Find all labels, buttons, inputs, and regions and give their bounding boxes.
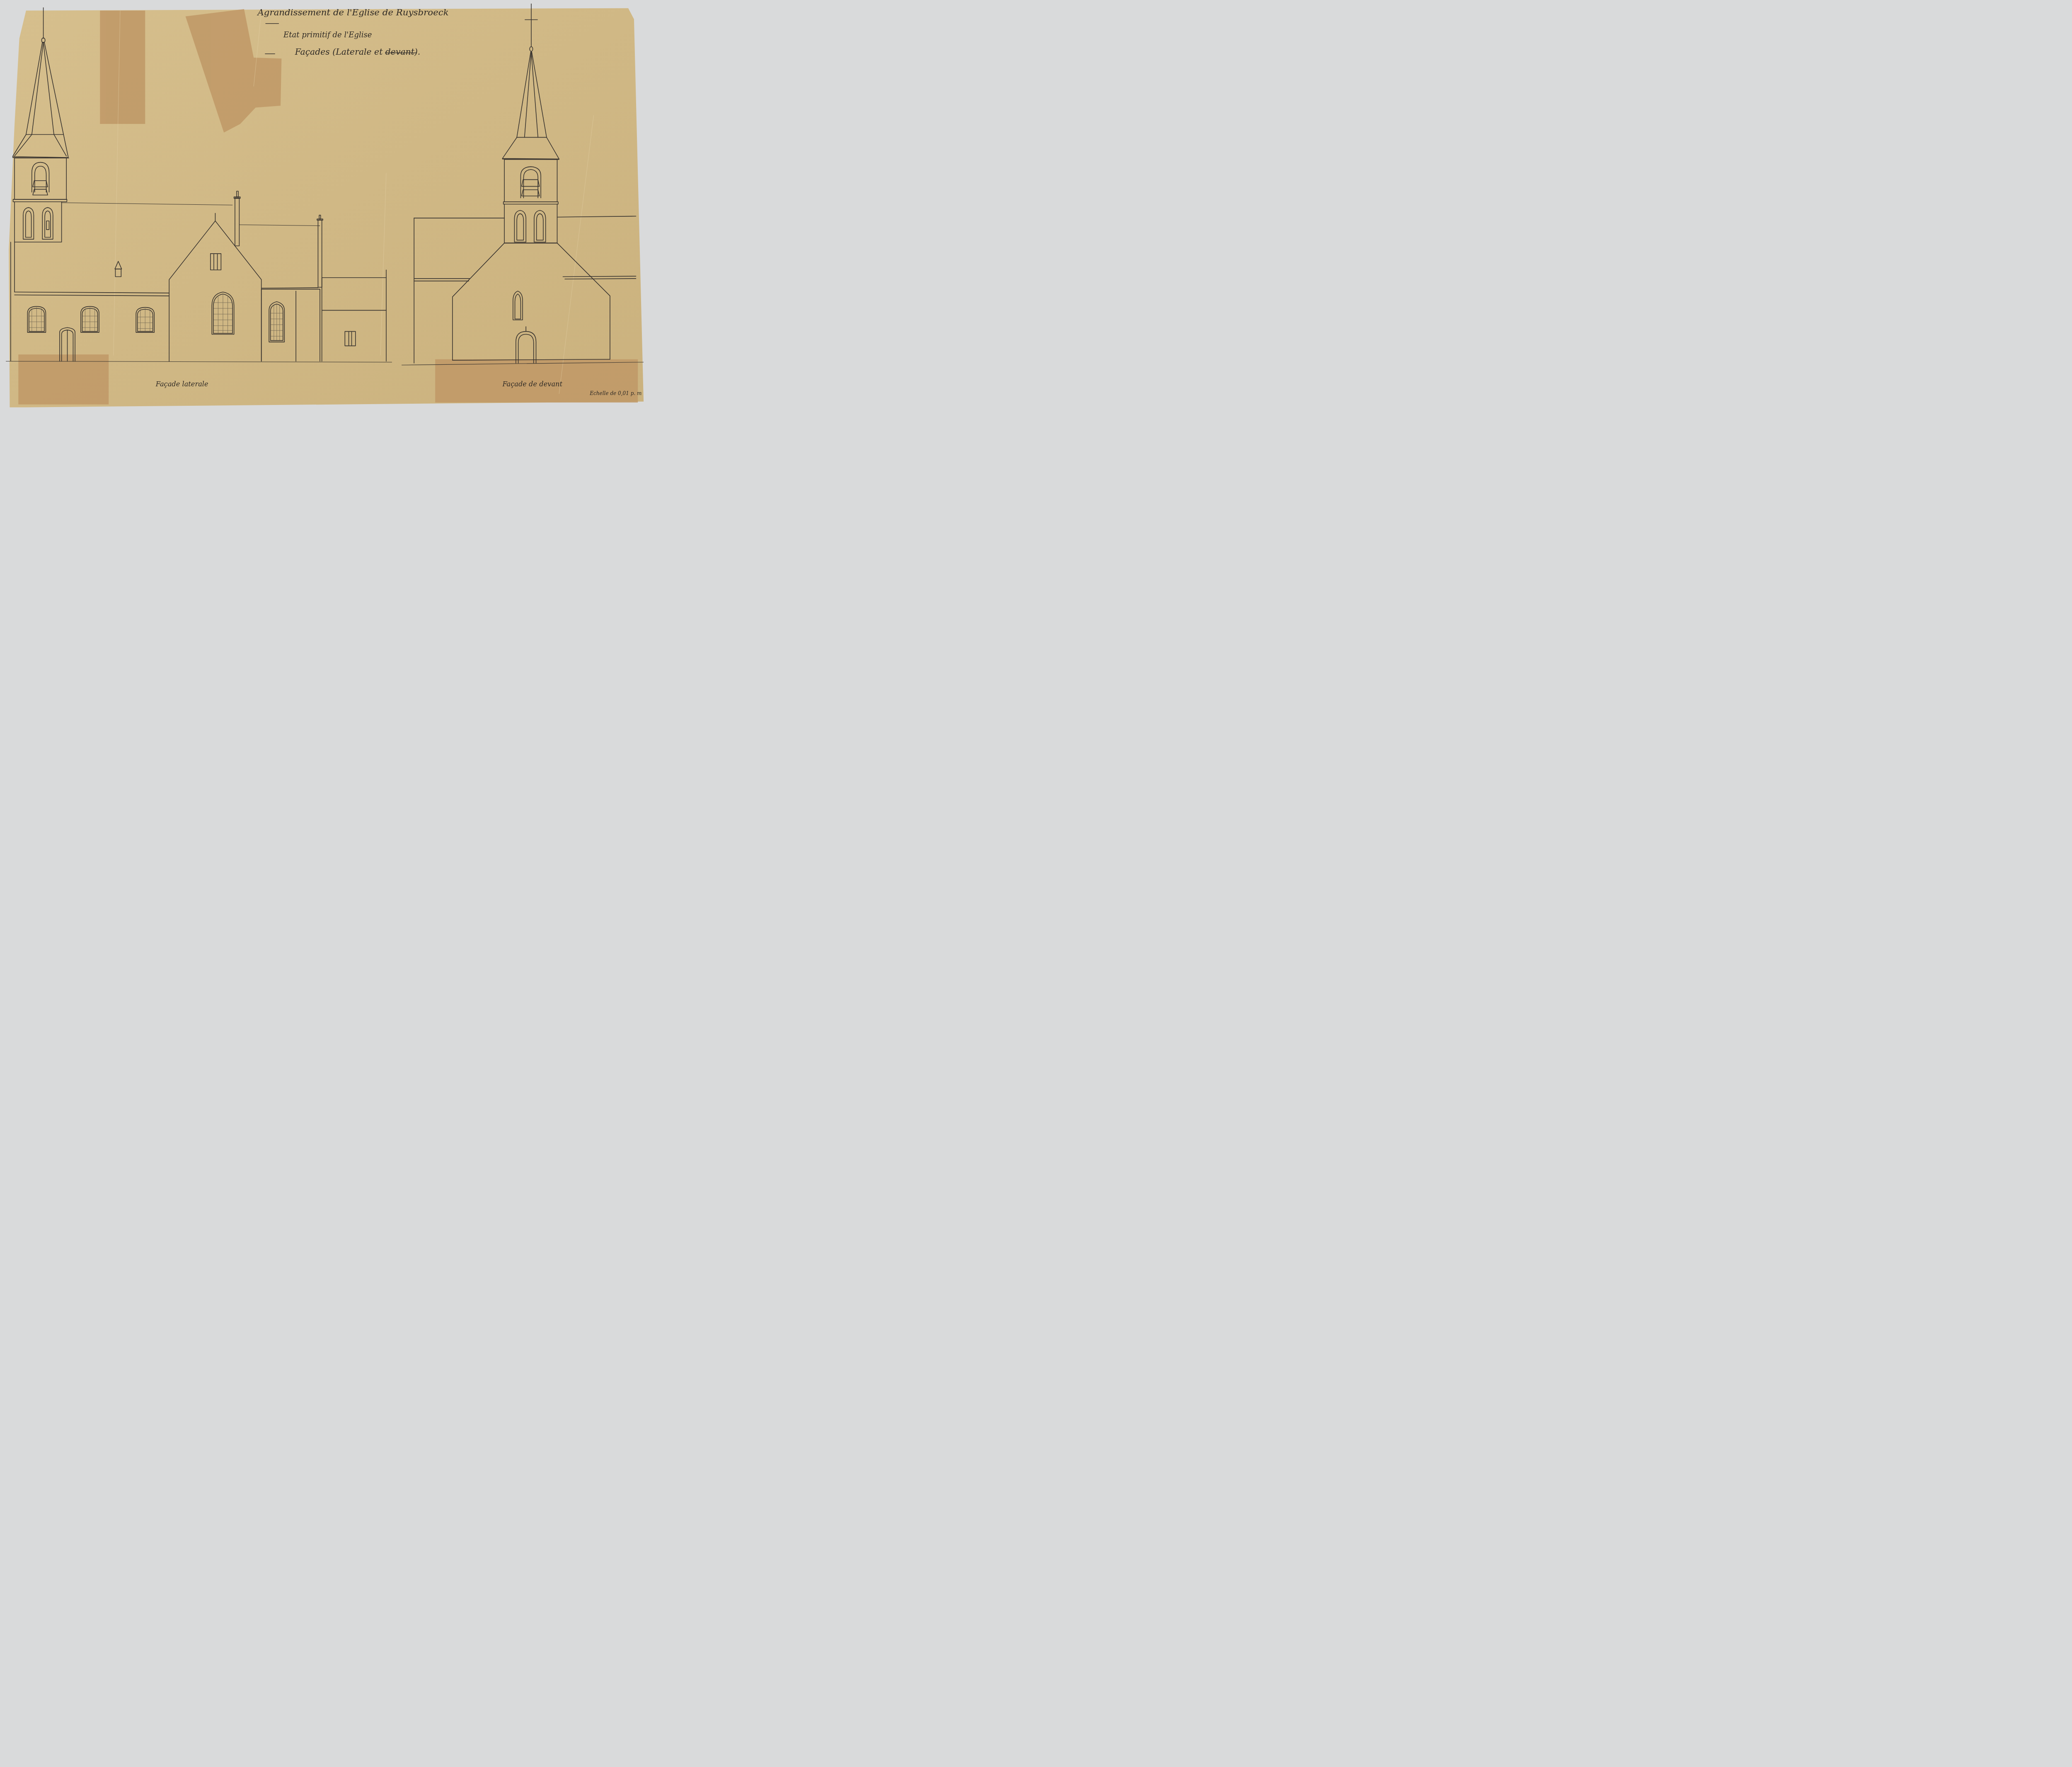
drawing-section: Façades (Laterale et devant). [295,47,421,57]
drawing-title: Agrandissement de l'Eglise de Ruysbroeck [257,7,448,18]
elevation-drawing: Agrandissement de l'Eglise de Ruysbroeck… [0,0,650,410]
drawing-subtitle: Etat primitif de l'Eglise [283,31,372,39]
label-side-facade: Façade laterale [155,380,208,388]
scale-note: Echelle de 0,01 p. m [589,390,641,396]
architectural-drawing-sheet: Agrandissement de l'Eglise de Ruysbroeck… [0,0,650,410]
label-front-facade: Façade de devant [502,380,562,388]
